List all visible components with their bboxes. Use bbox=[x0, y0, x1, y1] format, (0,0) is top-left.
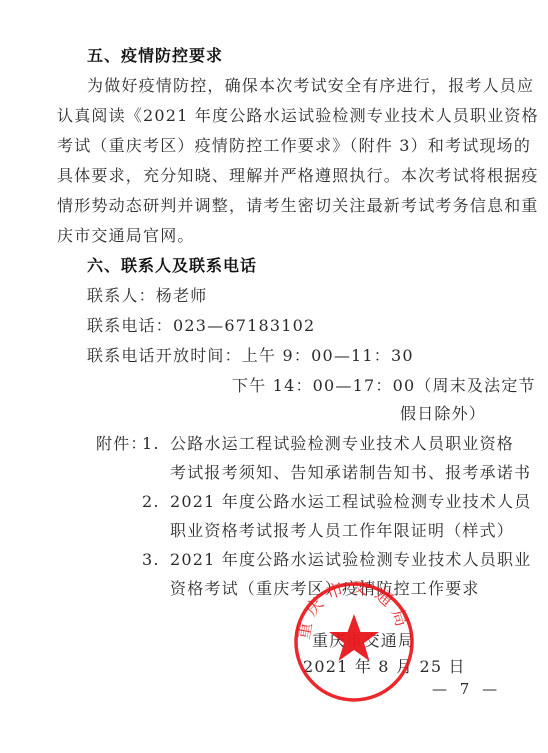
document-page: 五、疫情防控要求 为做好疫情防控，确保本次考试安全有序进行，报考人员应 认真阅读… bbox=[0, 0, 548, 753]
attachment-3-num: 3. bbox=[142, 550, 160, 570]
paragraph-line: 具体要求，充分知晓、理解并严格遵照执行。本次考试将根据疫 bbox=[57, 166, 539, 186]
paragraph-line: 情形势动态研判并调整，请考生密切关注最新考试考务信息和重 bbox=[57, 196, 539, 216]
attachment-1-num: 1. bbox=[142, 434, 160, 454]
attachment-2-line: 2021 年度公路水运工程试验检测专业技术人员 bbox=[170, 492, 531, 512]
official-seal-stamp: 重庆市交通局 bbox=[292, 580, 416, 704]
attachment-2-num: 2. bbox=[142, 492, 160, 512]
attachment-2-line: 职业资格考试报考人员工作年限证明（样式） bbox=[170, 521, 514, 541]
hours-note: 假日除外） bbox=[400, 404, 486, 424]
paragraph-line: 庆市交通局官网。 bbox=[57, 226, 195, 246]
attachment-3-line: 2021 年度公路水运试验检测专业技术人员职业 bbox=[170, 550, 531, 570]
contact-person: 联系人：杨老师 bbox=[87, 286, 207, 306]
hours-morning: 联系电话开放时间：上午 9：00—11：30 bbox=[87, 346, 414, 366]
paragraph-line: 考试（重庆考区）疫情防控工作要求》（附件 3）和考试现场的 bbox=[57, 136, 531, 156]
paragraph-line: 为做好疫情防控，确保本次考试安全有序进行，报考人员应 bbox=[87, 76, 534, 96]
page-number: — 7 — bbox=[432, 680, 501, 698]
contact-phone: 联系电话：023—67183102 bbox=[87, 316, 315, 336]
hours-afternoon: 下午 14：00—17：00（周末及法定节 bbox=[232, 376, 536, 396]
attachment-1-line: 考试报考须知、告知承诺制告知书、报考承诺书 bbox=[170, 463, 531, 483]
star-icon bbox=[329, 614, 379, 661]
section-6-heading: 六、联系人及联系电话 bbox=[87, 256, 257, 276]
paragraph-line: 认真阅读《2021 年度公路水运试验检测专业技术人员职业资格 bbox=[57, 106, 539, 126]
section-5-heading: 五、疫情防控要求 bbox=[87, 46, 223, 66]
attachments-label: 附件： bbox=[96, 434, 148, 454]
attachment-1-line: 公路水运工程试验检测专业技术人员职业资格 bbox=[170, 434, 514, 454]
